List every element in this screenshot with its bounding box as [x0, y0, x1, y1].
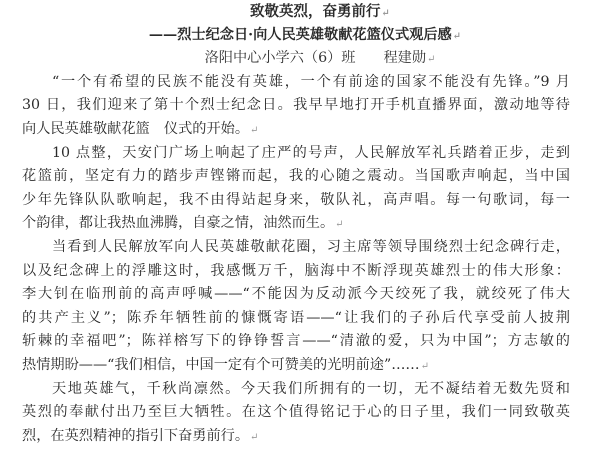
paragraph-mark-icon: ↵ [250, 125, 258, 136]
paragraph-line: 10 点整，天安门广场上响起了庄严的号声，人民解放军礼兵踏着正步，走到 [22, 142, 570, 166]
author-line: 洛阳中心小学六（6）班程建勋↵ [0, 47, 600, 71]
paragraph-line: 向人民英雄敬献花篮 仪式的开始。↵ [22, 118, 570, 142]
paragraph-mark-icon: ↵ [250, 432, 258, 443]
paragraph-mark-icon: ↵ [427, 54, 435, 65]
paragraph-line: “一个有希望的民族不能没有英雄，一个有前途的国家不能没有先锋。”9 月 [22, 71, 570, 95]
paragraph-line: 的共产主义”；陈乔年牺牲前的慷慨寄语——“让我们的子孙后代享受前人披荆 [22, 307, 570, 331]
paragraph-4: 天地英雄气，千秋尚凛然。今天我们所拥有的一切，无不凝结着无数先贤和 英烈的奉献付… [22, 378, 570, 449]
paragraph-line: 烈，在英烈精神的指引下奋勇前行。↵ [22, 425, 570, 449]
line-text: 个韵律，都让我热血沸腾，自豪之情，油然而生。 [22, 215, 334, 231]
line-text: 向人民英雄敬献花篮 仪式的开始。 [22, 121, 249, 137]
line-text: 热情期盼——“我们相信，中国一定有个可赞美的光明前途”…… [22, 357, 420, 373]
paragraph-line: 热情期盼——“我们相信，中国一定有个可赞美的光明前途”……↵ [22, 354, 570, 378]
subtitle-text: ——烈士纪念日·向人民英雄敬献花篮仪式观后感 [149, 27, 452, 43]
paragraph-line: 花篮前，坚定有力的踏步声铿锵而起，我的心随之震动。当国歌声响起，当中国 [22, 165, 570, 189]
paragraph-mark-icon: ↵ [382, 8, 390, 19]
document-subtitle: ——烈士纪念日·向人民英雄敬献花篮仪式观后感↵ [0, 24, 600, 48]
paragraph-line: 英烈的奉献付出乃至巨大牺牲。在这个值得铭记于心的日子里，我们一同致敬英 [22, 401, 570, 425]
document-title: 致敬英烈，奋勇前行↵ [0, 0, 600, 24]
paragraph-2: 10 点整，天安门广场上响起了庄严的号声，人民解放军礼兵踏着正步，走到 花篮前，… [22, 142, 570, 236]
paragraph-3: 当看到人民解放军向人民英雄敬献花圈，习主席等领导围绕烈士纪念碑行走， 以及纪念碑… [22, 236, 570, 378]
paragraph-line: 少年先锋队队歌响起，我不由得站起身来，敬队礼，高声唱。每一句歌词，每一 [22, 189, 570, 213]
paragraph-line: 天地英雄气，千秋尚凛然。今天我们所拥有的一切，无不凝结着无数先贤和 [22, 378, 570, 402]
paragraph-mark-icon: ↵ [335, 219, 343, 230]
author-name: 程建勋 [383, 50, 426, 66]
paragraph-line: 斩棘的幸福吧”；陈祥榕写下的铮铮誓言——“清澈的爱，只为中国”；方志敏的 [22, 330, 570, 354]
paragraph-line: 当看到人民解放军向人民英雄敬献花圈，习主席等领导围绕烈士纪念碑行走， [22, 236, 570, 260]
paragraph-line: 李大钊在临刑前的高声呼喊——“不能因为反动派今天绞死了我，就绞死了伟大 [22, 283, 570, 307]
document-page: 致敬英烈，奋勇前行↵ ——烈士纪念日·向人民英雄敬献花篮仪式观后感↵ 洛阳中心小… [22, 0, 570, 448]
paragraph-line: 个韵律，都让我热血沸腾，自豪之情，油然而生。↵ [22, 212, 570, 236]
paragraph-mark-icon: ↵ [453, 31, 461, 42]
paragraph-line: 30 日，我们迎来了第十个烈士纪念日。我早早地打开手机直播界面，激动地等待 [22, 94, 570, 118]
title-text: 致敬英烈，奋勇前行 [250, 3, 381, 20]
author-class: 洛阳中心小学六（6）班 [205, 50, 356, 66]
paragraph-1: “一个有希望的民族不能没有英雄，一个有前途的国家不能没有先锋。”9 月 30 日… [22, 71, 570, 142]
line-text: 烈，在英烈精神的指引下奋勇前行。 [22, 428, 249, 444]
paragraph-mark-icon: ↵ [421, 361, 429, 372]
paragraph-line: 以及纪念碑上的浮雕这时，我感慨万千，脑海中不断浮现英雄烈士的伟大形象： [22, 260, 570, 284]
